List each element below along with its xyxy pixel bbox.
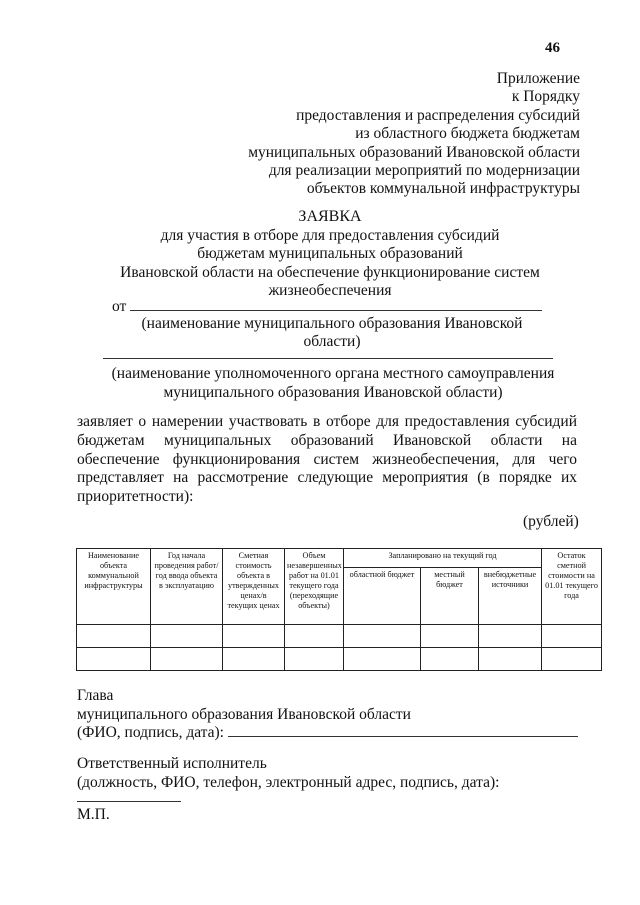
header-unfinished-work: Объем незавершенных работ на 01.01 текущ… bbox=[285, 549, 344, 625]
from-prefix: от bbox=[112, 298, 126, 315]
appendix-line: Приложение bbox=[180, 70, 580, 88]
appendix-line: муниципальных образований Ивановской обл… bbox=[180, 144, 580, 162]
title-line: для участия в отборе для предоставления … bbox=[90, 227, 570, 246]
head-signature-block: Глава муниципального образования Ивановс… bbox=[77, 687, 578, 743]
table-cell[interactable] bbox=[542, 625, 602, 648]
document-title: ЗАЯВКА для участия в отборе для предоста… bbox=[90, 208, 570, 301]
appendix-line: для реализации мероприятий по модернизац… bbox=[180, 162, 580, 180]
table-cell[interactable] bbox=[151, 625, 223, 648]
table-cell[interactable] bbox=[479, 648, 542, 671]
header-remaining-cost: Остаток сметной стоимости на 01.01 текущ… bbox=[542, 549, 602, 625]
header-estimated-cost: Сметная стоимость объекта в утвержденных… bbox=[223, 549, 285, 625]
table-cell[interactable] bbox=[77, 625, 151, 648]
table-cell[interactable] bbox=[421, 625, 479, 648]
from-field: от bbox=[112, 298, 552, 316]
page-number: 46 bbox=[545, 40, 560, 57]
title-heading: ЗАЯВКА bbox=[90, 208, 570, 227]
organ-caption: (наименование уполномоченного органа мес… bbox=[103, 365, 563, 402]
header-start-year: Год начала проведения работ/год ввода об… bbox=[151, 549, 223, 625]
appendix-line: из областного бюджета бюджетам bbox=[180, 125, 580, 143]
table-cell[interactable] bbox=[223, 625, 285, 648]
appendix-line: объектов коммунальной инфраструктуры bbox=[180, 180, 580, 198]
title-line: Ивановской области на обеспечение функци… bbox=[90, 264, 570, 283]
header-regional-budget: областной бюджет bbox=[344, 568, 421, 625]
header-local-budget: местный бюджет bbox=[421, 568, 479, 625]
appendix-line: к Порядку bbox=[180, 88, 580, 106]
stamp-label: М.П. bbox=[77, 806, 110, 824]
head-signature-input[interactable] bbox=[228, 724, 578, 737]
table-cell[interactable] bbox=[421, 648, 479, 671]
municipality-caption: (наименование муниципального образования… bbox=[112, 315, 552, 351]
table-cell[interactable] bbox=[285, 648, 344, 671]
executor-title: Ответственный исполнитель bbox=[77, 755, 499, 774]
table-cell[interactable] bbox=[77, 648, 151, 671]
table-cell[interactable] bbox=[344, 625, 421, 648]
table-cell[interactable] bbox=[151, 648, 223, 671]
header-extrabudgetary: внебюджетные источники bbox=[479, 568, 542, 625]
table-row bbox=[77, 648, 602, 671]
appendix-header: Приложение к Порядку предоставления и ра… bbox=[180, 70, 580, 199]
header-planned-group: Запланировано на текущий год bbox=[344, 549, 542, 568]
executor-signature-input[interactable] bbox=[77, 801, 181, 802]
table-cell[interactable] bbox=[479, 625, 542, 648]
appendix-line: предоставления и распределения субсидий bbox=[180, 107, 580, 125]
executor-block: Ответственный исполнитель (должность, ФИ… bbox=[77, 755, 499, 792]
head-org: муниципального образования Ивановской об… bbox=[77, 706, 578, 725]
table-cell[interactable] bbox=[542, 648, 602, 671]
head-fields-label: (ФИО, подпись, дата): bbox=[77, 724, 224, 741]
application-statement: заявляет о намерении участвовать в отбор… bbox=[77, 413, 577, 507]
head-title: Глава bbox=[77, 687, 578, 706]
title-line: бюджетам муниципальных образований bbox=[90, 245, 570, 264]
organ-caption-line: (наименование уполномоченного органа мес… bbox=[103, 365, 563, 384]
executor-fields-label: (должность, ФИО, телефон, электронный ад… bbox=[77, 774, 499, 793]
header-object-name: Наименование объекта коммунальной инфрас… bbox=[77, 549, 151, 625]
table-cell[interactable] bbox=[285, 625, 344, 648]
measures-table: Наименование объекта коммунальной инфрас… bbox=[76, 548, 602, 671]
table-cell[interactable] bbox=[223, 648, 285, 671]
currency-units: (рублей) bbox=[523, 513, 579, 531]
table-row bbox=[77, 625, 602, 648]
table-cell[interactable] bbox=[344, 648, 421, 671]
table-header-row: Наименование объекта коммунальной инфрас… bbox=[77, 549, 602, 568]
organ-caption-line: муниципального образования Ивановской об… bbox=[103, 384, 563, 403]
organ-name-input[interactable] bbox=[103, 358, 553, 359]
municipality-name-input[interactable] bbox=[130, 298, 542, 311]
